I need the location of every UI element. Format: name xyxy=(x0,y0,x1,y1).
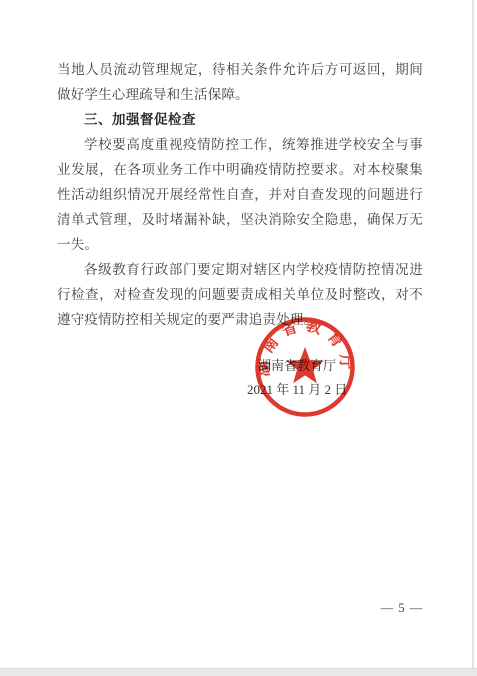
page-number: — 5 — xyxy=(378,601,426,616)
section-heading: 三、加强督促检查 xyxy=(57,107,423,132)
page-right-edge xyxy=(472,0,474,668)
page-bottom-edge xyxy=(0,668,477,676)
document-body: 当地人员流动管理规定，待相关条件允许后方可返回，期间做好学生心理疏导和生活保障。… xyxy=(57,57,423,332)
official-seal-stamp: 湖南省教育厅 xyxy=(250,312,360,422)
seal-star-icon xyxy=(286,347,324,383)
paragraph-2: 各级教育行政部门要定期对辖区内学校疫情防控情况进行检查，对检查发现的问题要责成相… xyxy=(57,257,423,332)
paragraph-1: 学校要高度重视疫情防控工作，统筹推进学校安全与事业发展，在各项业务工作中明确疫情… xyxy=(57,132,423,257)
paragraph-continuation: 当地人员流动管理规定，待相关条件允许后方可返回，期间做好学生心理疏导和生活保障。 xyxy=(57,57,423,107)
document-page: 当地人员流动管理规定，待相关条件允许后方可返回，期间做好学生心理疏导和生活保障。… xyxy=(0,0,477,676)
